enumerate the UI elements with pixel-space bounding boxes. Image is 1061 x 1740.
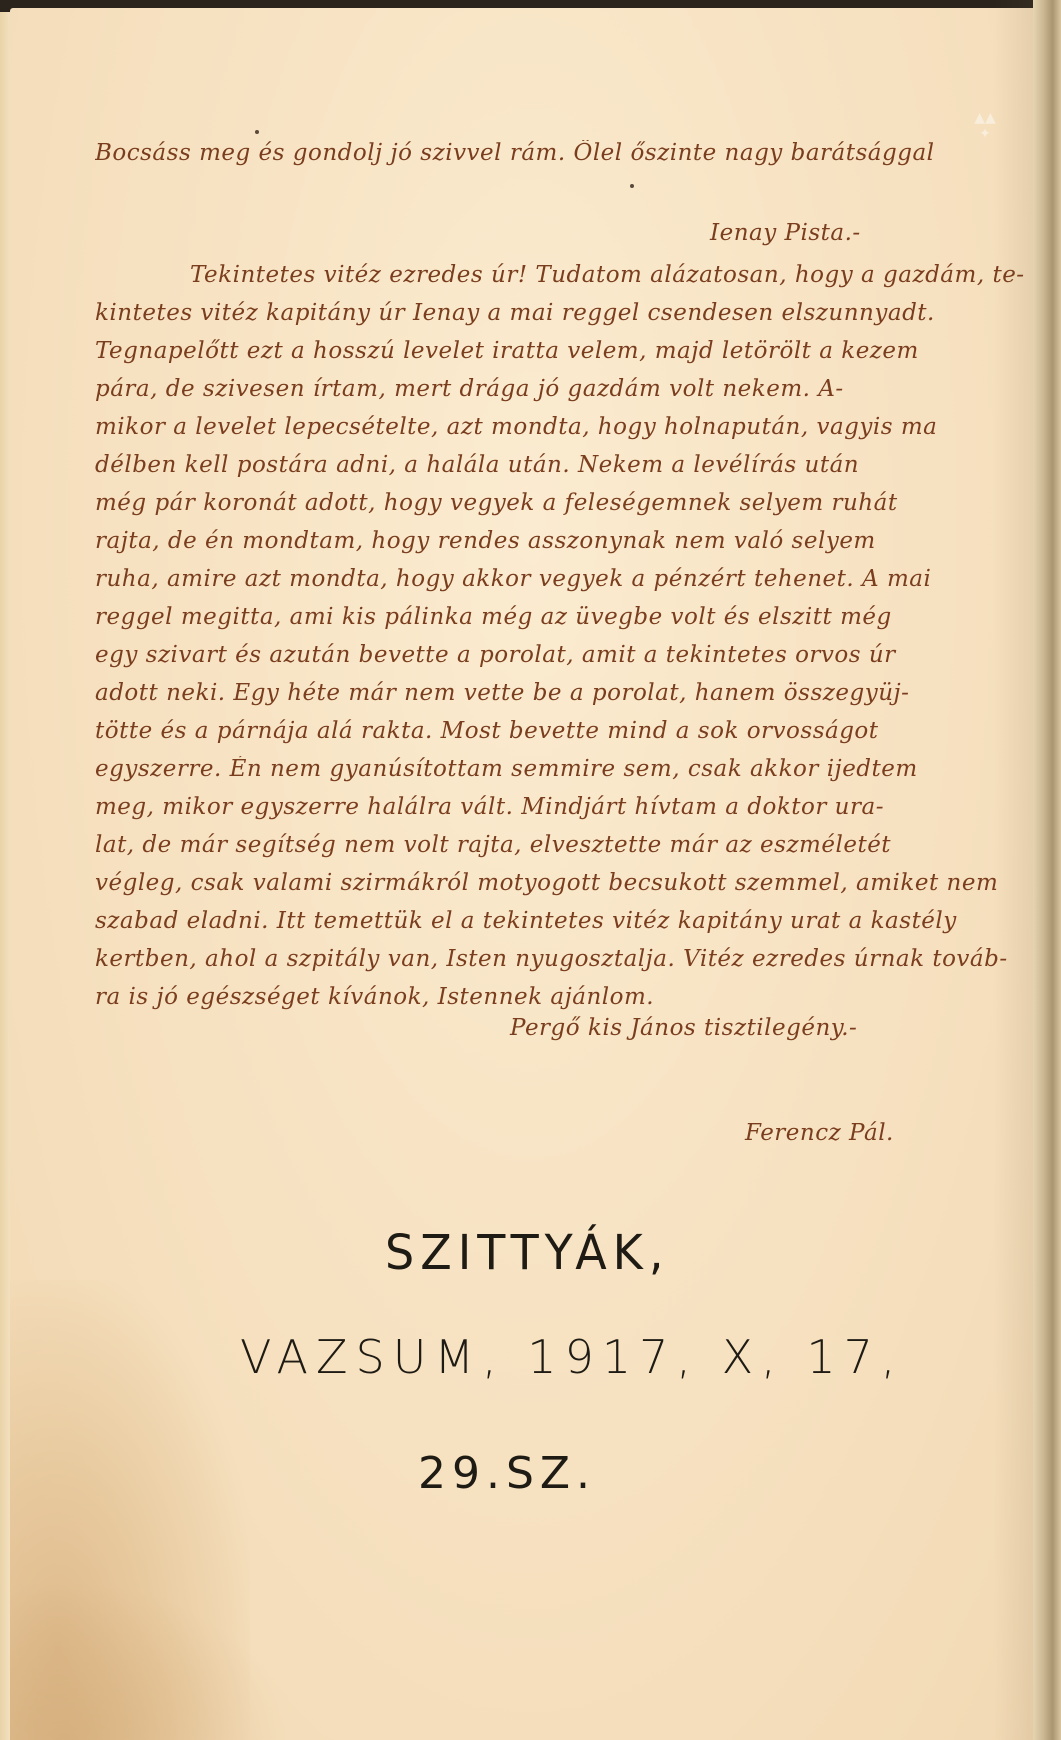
body-line: egyszerre. Én nem gyanúsítottam semmire … bbox=[95, 756, 1040, 782]
ink-dot bbox=[630, 184, 634, 188]
ink-dot bbox=[255, 130, 259, 134]
body-line: délben kell postára adni, a halála után.… bbox=[95, 452, 1040, 478]
body-line: meg, mikor egyszerre halálra vált. Mindj… bbox=[95, 794, 1040, 820]
closing-line: Bocsáss meg és gondolj jó szivvel rám. Ö… bbox=[95, 140, 1040, 166]
body-line: szabad eladni. Itt temettük el a tekinte… bbox=[95, 908, 1040, 934]
body-line: végleg, csak valami szirmákról motyogott… bbox=[95, 870, 1040, 896]
previous-page-edge bbox=[0, 12, 10, 1740]
body-line: Tekintetes vitéz ezredes úr! Tudatom alá… bbox=[190, 262, 1040, 288]
body-line: lat, de már segítség nem volt rajta, elv… bbox=[95, 832, 1040, 858]
body-line: pára, de szivesen írtam, mert drága jó g… bbox=[95, 376, 1040, 402]
signature-pergo-kis-janos: Pergő kis János tisztilegény.- bbox=[510, 1015, 857, 1041]
stamp-date-line: VAZSUM, 1917, X, 17, bbox=[240, 1330, 904, 1384]
body-line: Tegnapelőtt ezt a hosszú levelet iratta … bbox=[95, 338, 1040, 364]
body-line: mikor a levelet lepecsételte, azt mondta… bbox=[95, 414, 1040, 440]
stamp-title: SZITTYÁK, bbox=[385, 1224, 669, 1281]
stamp-number: 29.SZ. bbox=[418, 1448, 596, 1499]
body-line: rajta, de én mondtam, hogy rendes asszon… bbox=[95, 528, 1040, 554]
body-line: ra is jó egészséget kívánok, Istennek aj… bbox=[95, 984, 1040, 1010]
body-line: még pár koronát adott, hogy vegyek a fel… bbox=[95, 490, 1040, 516]
body-line: adott neki. Egy héte már nem vette be a … bbox=[95, 680, 1040, 706]
body-line: tötte és a párnája alá rakta. Most bevet… bbox=[95, 718, 1040, 744]
signature-ienay-pista: Ienay Pista.- bbox=[710, 220, 861, 246]
body-line: reggel megitta, ami kis pálinka még az ü… bbox=[95, 604, 1040, 630]
body-line: egy szivart és azután bevette a porolat,… bbox=[95, 642, 1040, 668]
body-line: ruha, amire azt mondta, hogy akkor vegye… bbox=[95, 566, 1040, 592]
body-line: kertben, ahol a szpitály van, Isten nyug… bbox=[95, 946, 1040, 972]
signature-ferencz-pal: Ferencz Pál. bbox=[745, 1120, 894, 1146]
document-scan: ▲▲✦ Bocsáss meg és gondolj jó szivvel rá… bbox=[0, 0, 1061, 1740]
body-line: kintetes vitéz kapitány úr Ienay a mai r… bbox=[95, 300, 1040, 326]
water-stain-bottom bbox=[10, 1580, 290, 1740]
